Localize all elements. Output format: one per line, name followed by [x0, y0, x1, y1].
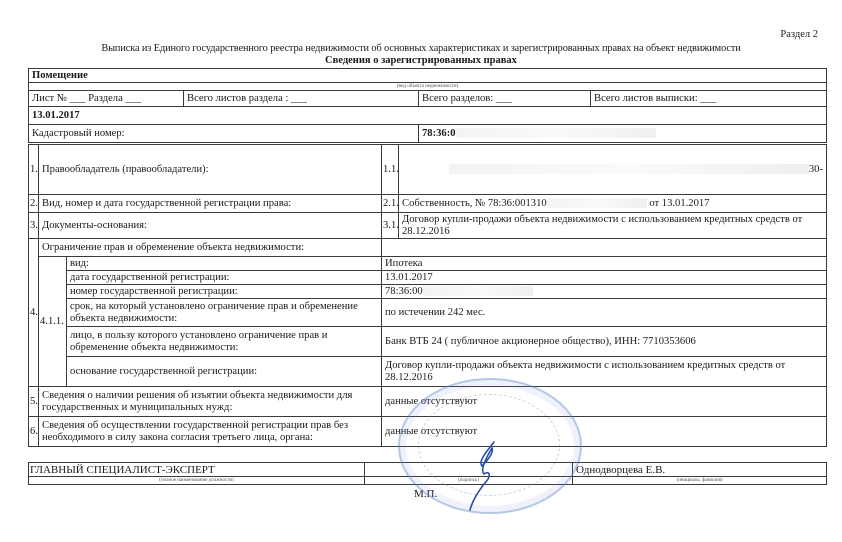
extract-date: 13.01.2017 [29, 107, 827, 125]
total-section-sheets: Всего листов раздела : ___ [184, 91, 419, 107]
sheet-section: Лист № ___ Раздела ___ [29, 91, 184, 107]
row-label: Документы-основания: [39, 213, 382, 239]
field-label: срок, на который установлено ограничение… [67, 299, 382, 327]
field-label: основание государственной регистрации: [67, 357, 382, 387]
row-label: Вид, номер и дата государственной регист… [39, 195, 382, 213]
field-value: по истечении 242 мес. [382, 299, 827, 327]
field-value: Банк ВТБ 24 ( публичное акционерное обще… [382, 327, 827, 357]
object-type: Помещение [29, 69, 827, 83]
table-row: срок, на который установлено ограничение… [29, 299, 827, 327]
cadastral-label: Кадастровый номер: [29, 125, 419, 143]
row-subnumber: 1.1. [382, 145, 399, 195]
field-value: Ипотека [382, 257, 827, 271]
row-number: 4. [29, 239, 39, 387]
encumbrance-heading-row: 4. Ограничение прав и обременение объект… [29, 239, 827, 257]
table-row: основание государственной регистрации: Д… [29, 357, 827, 387]
position-caption: (полное наименование должности) [29, 477, 365, 485]
row-number: 6. [29, 417, 39, 447]
section-label: Раздел 2 [780, 29, 818, 40]
row-label: Правообладатель (правообладатели): [39, 145, 382, 195]
row-number: 2. [29, 195, 39, 213]
field-value: 78:36:00 [382, 285, 827, 299]
name-caption: (инициалы, фамилия) [573, 477, 827, 485]
row-number: 3. [29, 213, 39, 239]
row-value: Договор купли-продажи объекта недвижимос… [399, 213, 827, 239]
row-subnumber: 2.1. [382, 195, 399, 213]
field-label: номер государственной регистрации: [67, 285, 382, 299]
row-number: 5. [29, 387, 39, 417]
table-row: 2. Вид, номер и дата государственной рег… [29, 195, 827, 213]
field-label: дата государственной регистрации: [67, 271, 382, 285]
encumbrance-heading: Ограничение прав и обременение объекта н… [39, 239, 382, 257]
total-sections: Всего разделов: ___ [419, 91, 591, 107]
table-row: 3. Документы-основания: 3.1. Договор куп… [29, 213, 827, 239]
official-position: ГЛАВНЫЙ СПЕЦИАЛИСТ-ЭКСПЕРТ [29, 463, 365, 477]
signature-icon [464, 440, 504, 512]
document-subtitle: Сведения о зарегистрированных правах [0, 55, 842, 66]
object-type-caption: (вид объекта недвижимости) [29, 83, 827, 91]
table-row: номер государственной регистрации: 78:36… [29, 285, 827, 299]
row-subnumber: 4.1.1. [39, 257, 67, 387]
field-value: Договор купли-продажи объекта недвижимос… [382, 357, 827, 387]
total-extract-sheets: Всего листов выписки: ___ [591, 91, 827, 107]
header-table: Помещение (вид объекта недвижимости) Лис… [28, 68, 827, 143]
field-value: 13.01.2017 [382, 271, 827, 285]
field-label: вид: [67, 257, 382, 271]
row-label: Сведения о наличии решения об изъятии об… [39, 387, 382, 417]
table-row: 1. Правообладатель (правообладатели): 1.… [29, 145, 827, 195]
row-number: 1. [29, 145, 39, 195]
official-name: Однодворцева Е.В. [573, 463, 827, 477]
cadastral-value: 78:36:0 [419, 125, 827, 143]
row-value: Собственность, № 78:36:001310 от 13.01.2… [399, 195, 827, 213]
row-subnumber: 3.1. [382, 213, 399, 239]
document-title: Выписка из Единого государственного реес… [0, 43, 842, 54]
table-row: дата государственной регистрации: 13.01.… [29, 271, 827, 285]
row-value: 30- [399, 145, 827, 195]
table-row: 4.1.1. вид: Ипотека [29, 257, 827, 271]
table-row: лицо, в пользу которого установлено огра… [29, 327, 827, 357]
row-label: Сведения об осуществлении государственно… [39, 417, 382, 447]
field-label: лицо, в пользу которого установлено огра… [67, 327, 382, 357]
